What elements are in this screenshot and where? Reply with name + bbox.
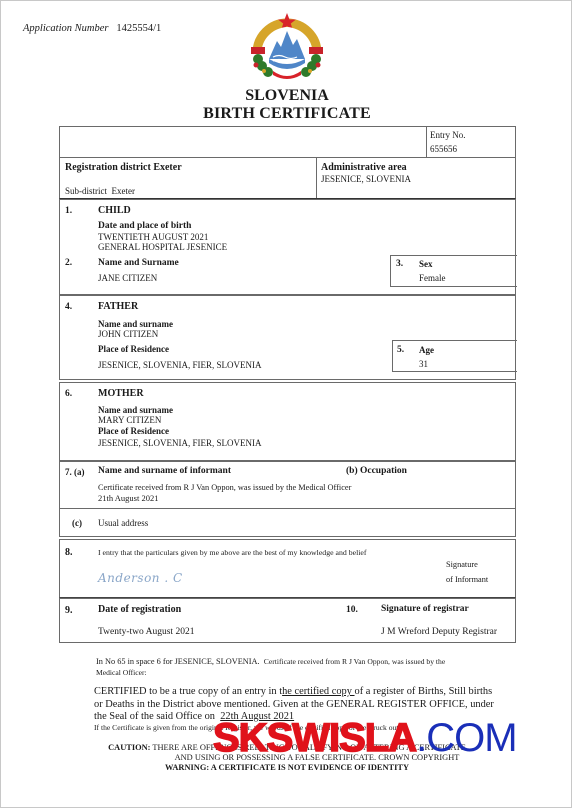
registration-date-section: 9. Date of registration Twenty-two Augus…	[59, 598, 516, 643]
entry-label: Entry No.	[430, 130, 466, 140]
age-box: 5. Age 31	[392, 340, 517, 372]
child-name: JANE CITIZEN	[98, 273, 157, 283]
child-section: 1. CHILD Date and place of birth TWENTIE…	[59, 199, 516, 295]
child-sex: Female	[419, 273, 446, 283]
mother-name: MARY CITIZEN	[98, 415, 161, 425]
country-title: SLOVENIA	[1, 87, 572, 105]
admin-area-label: Administrative area	[321, 162, 407, 173]
entry-row: Entry No. 655656	[59, 126, 516, 158]
registration-district: Registration district Exeter	[65, 162, 182, 173]
date-of-birth: TWENTIETH AUGUST 2021	[98, 232, 208, 242]
place-of-birth: GENERAL HOSPITAL JESENICE	[98, 242, 227, 252]
coat-of-arms-icon	[249, 11, 325, 81]
declaration-text: I entry that the particulars given by me…	[98, 548, 366, 557]
declaration-section: 8. I entry that the particulars given by…	[59, 539, 516, 598]
registrar-name: J M Wreford Deputy Registrar	[381, 627, 497, 637]
mother-residence: JESENICE, SLOVENIA, FIER, SLOVENIA	[98, 438, 262, 448]
certificate-page: Application Number 1425554/1 SLOVENIA BI…	[0, 0, 572, 808]
warning-text: WARNING: A CERTIFICATE IS NOT EVIDENCE O…	[1, 763, 572, 772]
father-age: 31	[419, 359, 428, 369]
usual-address-label: Usual address	[98, 518, 148, 528]
sex-box: 3. Sex Female	[390, 255, 517, 287]
footer-note: In No 65 in space 6 for JESENICE, SLOVEN…	[96, 656, 516, 678]
application-number: Application Number 1425554/1	[23, 23, 161, 34]
admin-area-value: JESENICE, SLOVENIA	[321, 174, 411, 184]
father-heading: FATHER	[98, 301, 138, 312]
child-heading: CHILD	[98, 205, 131, 216]
sub-district: Sub-district Exeter	[65, 186, 135, 196]
father-name: JOHN CITIZEN	[98, 329, 158, 339]
father-residence: JESENICE, SLOVENIA, FIER, SLOVENIA	[98, 360, 262, 370]
mother-heading: MOTHER	[98, 388, 144, 399]
informant-signature: Anderson . C	[98, 571, 183, 585]
usual-address-section: (c) Usual address	[59, 508, 516, 537]
document-title: BIRTH CERTIFICATE	[1, 105, 572, 123]
occupation-label: (b) Occupation	[346, 466, 407, 476]
informant-date: 21th August 2021	[98, 493, 158, 503]
informant-section: 7. (a) Name and surname of informant (b)…	[59, 461, 516, 509]
registration-date: Twenty-two August 2021	[98, 627, 194, 637]
father-section: 4. FATHER Name and surname JOHN CITIZEN …	[59, 295, 516, 380]
mother-section: 6. MOTHER Name and surname MARY CITIZEN …	[59, 382, 516, 461]
registration-row: Registration district Exeter Sub-distric…	[59, 157, 516, 199]
informant-note: Certificate received from R J Van Oppon,…	[98, 483, 351, 492]
watermark: SKSWISLA.COM	[213, 718, 517, 758]
entry-number: 655656	[430, 144, 457, 154]
